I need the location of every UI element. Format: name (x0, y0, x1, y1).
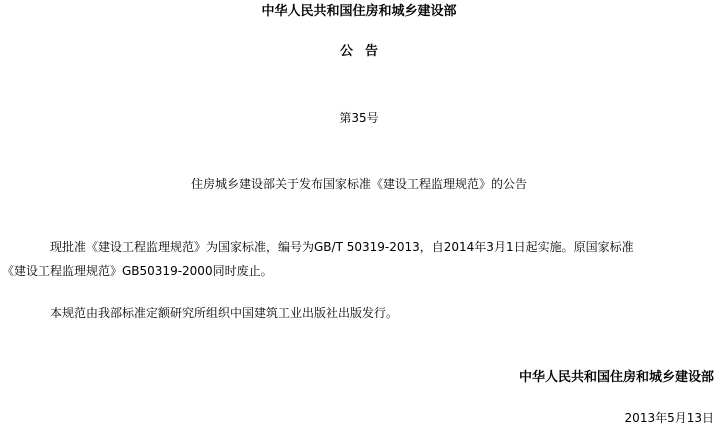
body-paragraph-1-line-1: 现批准《建设工程监理规范》为国家标准，编号为GB/T 50319-2013，自2… (50, 239, 634, 255)
notice-heading: 公告 (0, 44, 718, 60)
signature-agency: 中华人民共和国住房和城乡建设部 (519, 370, 714, 386)
signature-date: 2013年5月13日 (625, 410, 714, 426)
document-number: 第35号 (0, 110, 718, 126)
body-paragraph-1-line-2: 《建设工程监理规范》GB50319-2000同时废止。 (2, 263, 273, 279)
body-paragraph-2: 本规范由我部标准定额研究所组织中国建筑工业出版社出版发行。 (50, 305, 398, 321)
document-title: 住房城乡建设部关于发布国家标准《建设工程监理规范》的公告 (0, 176, 718, 192)
agency-heading: 中华人民共和国住房和城乡建设部 (0, 4, 718, 20)
